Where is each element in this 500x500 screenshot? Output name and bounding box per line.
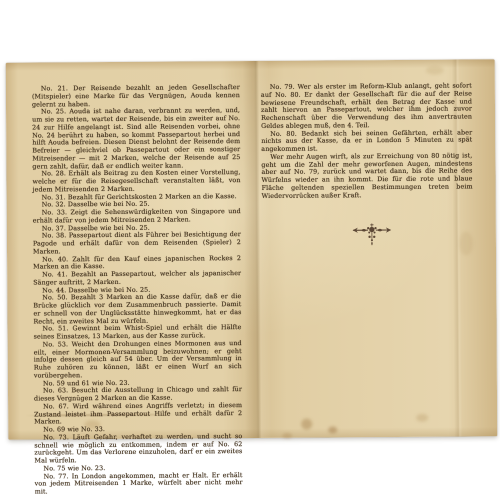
rule-paragraph: No. 79. Wer als erster im Reform-Klub an…	[261, 82, 472, 130]
rule-paragraph: No. 73. Läuft Gefahr, verhaftet zu werde…	[34, 433, 242, 465]
stain-spot	[328, 426, 337, 433]
stain-spot	[416, 414, 428, 422]
rule-paragraph: No. 67. Wird während eines Angriffs verl…	[34, 402, 242, 427]
right-page: No. 79. Wer als erster im Reform-Klub an…	[261, 82, 473, 200]
rule-paragraph: No. 40. Zahlt für den Kauf eines japanis…	[33, 255, 241, 272]
scan-background: No. 21. Der Reisende bezahlt an jeden Ge…	[0, 0, 500, 500]
left-page: No. 21. Der Reisende bezahlt an jeden Ge…	[32, 84, 243, 496]
rule-paragraph: No. 51. Gewinnt beim Whist-Spiel und erh…	[34, 324, 242, 341]
stain-spot	[426, 66, 444, 75]
rule-paragraph: No. 33. Zeigt die Sehenswürdigkeiten von…	[33, 208, 241, 225]
rule-paragraph: No. 28. Erhält als Beitrag zu den Kosten…	[32, 169, 240, 194]
rule-paragraph: No. 77. In London angekommen, macht er H…	[35, 472, 243, 497]
rule-paragraph: No. 80. Bedankt sich bei seinen Gefährte…	[261, 129, 472, 154]
rule-paragraph: No. 21. Der Reisende bezahlt an jeden Ge…	[32, 84, 240, 109]
stain-spot	[282, 433, 292, 439]
paper-sheet: No. 21. Der Reisende bezahlt an jeden Ge…	[6, 59, 498, 439]
rule-paragraph: No. 38. Passepartout dient als Führer be…	[33, 231, 241, 256]
rule-paragraph: Wer mehr Augen wirft, als zur Erreichung…	[261, 152, 472, 200]
rule-paragraph: No. 63. Besucht die Ausstellung in Chica…	[34, 386, 242, 403]
rule-paragraph: No. 41. Bezahlt an Passepartout, welcher…	[33, 270, 241, 287]
fleuron-ornament-icon	[352, 221, 392, 247]
stain-spot	[459, 231, 473, 255]
rule-paragraph: No. 53. Weicht den Drohungen eines Mormo…	[34, 340, 242, 380]
rule-paragraph: No. 50. Bezahlt 3 Marken an die Kasse da…	[33, 293, 241, 325]
stain-spot	[301, 419, 312, 430]
rule-paragraph: No. 25. Aouda ist nahe daran, verbrannt …	[32, 107, 240, 170]
